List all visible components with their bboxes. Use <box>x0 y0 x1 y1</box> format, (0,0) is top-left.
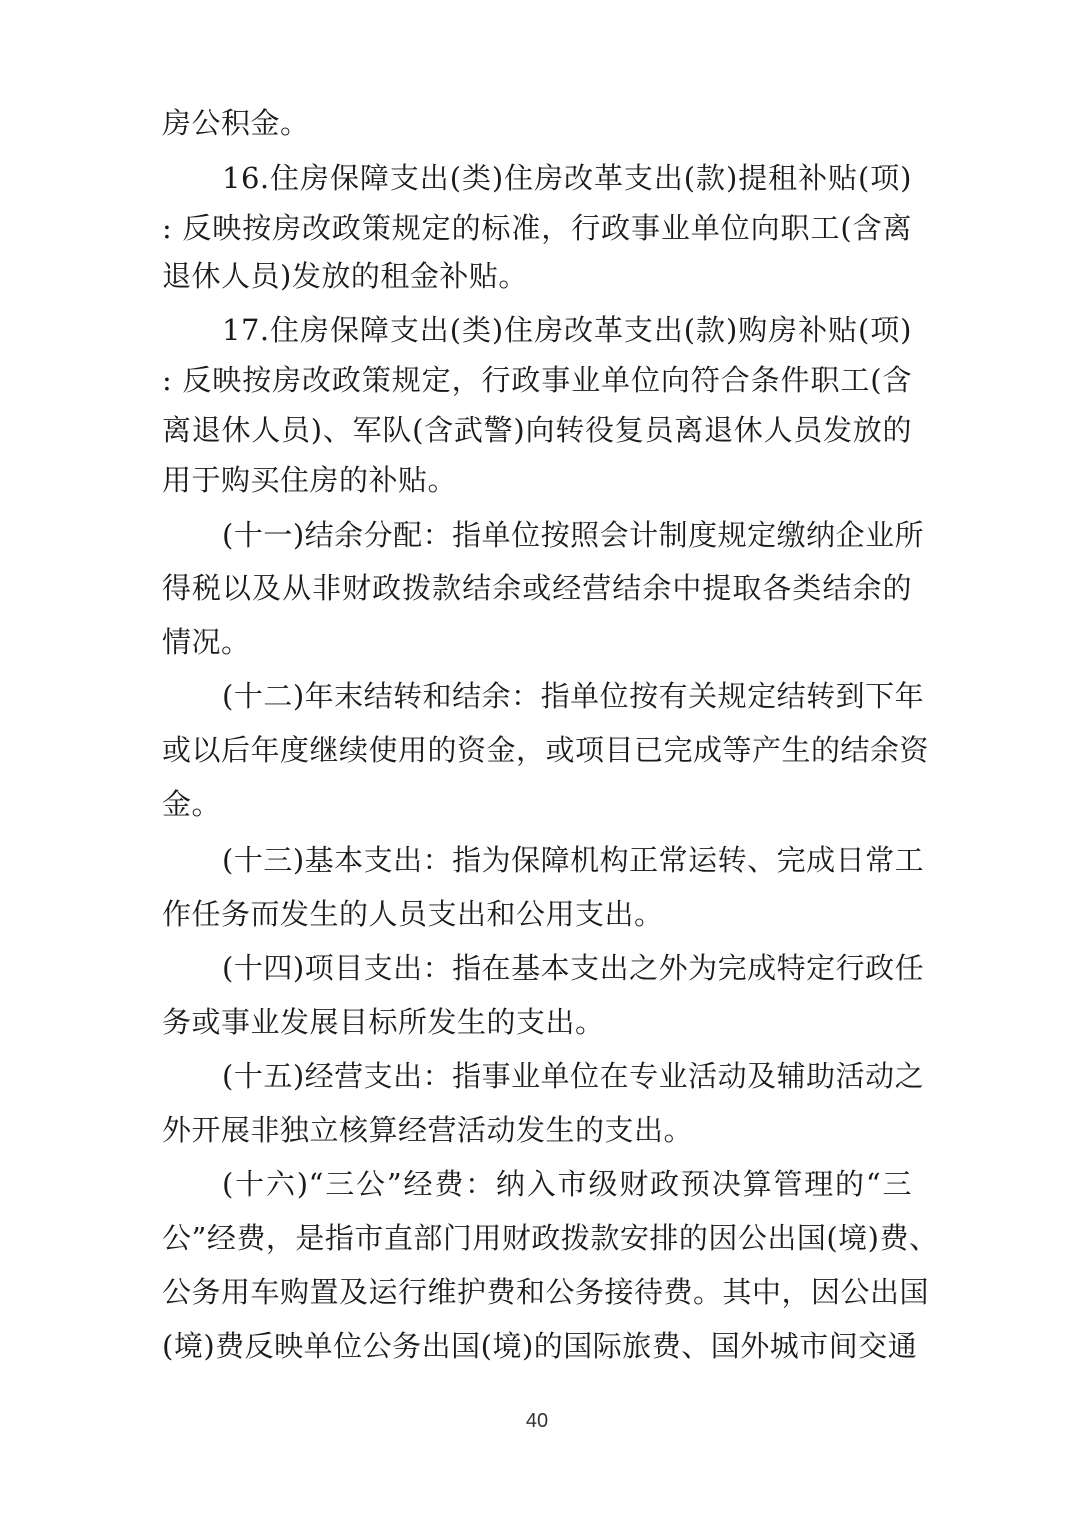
text-line: 得税以及从非财政拨款结余或经营结余中提取各类结余的 <box>162 568 912 608</box>
text-line: 用于购买住房的补贴。 <box>162 460 912 500</box>
text-line: (十二)年末结转和结余：指单位按有关规定结转到下年 <box>222 676 912 716</box>
text-line: 公务用车购置及运行维护费和公务接待费。其中，因公出国 <box>162 1272 912 1312</box>
text-line: 17.住房保障支出(类)住房改革支出(款)购房补贴(项) <box>222 310 912 350</box>
text-line: 公”经费，是指市直部门用财政拨款安排的因公出国(境)费、 <box>162 1218 912 1258</box>
text-line: 16.住房保障支出(类)住房改革支出(款)提租补贴(项) <box>222 158 912 198</box>
text-line: 情况。 <box>162 622 912 662</box>
text-line: 作任务而发生的人员支出和公用支出。 <box>162 894 912 934</box>
text-line: 金。 <box>162 784 912 824</box>
text-line: (十六)“三公”经费：纳入市级财政预决算管理的“三 <box>222 1164 912 1204</box>
text-line: 务或事业发展目标所发生的支出。 <box>162 1002 912 1042</box>
text-line: (境)费反映单位公务出国(境)的国际旅费、国外城市间交通 <box>162 1326 912 1366</box>
document-page: 房公积金。16.住房保障支出(类)住房改革支出(款)提租补贴(项): 反映按房改… <box>0 0 1074 1520</box>
page-number: 40 <box>0 1410 1074 1433</box>
text-line: 或以后年度继续使用的资金，或项目已完成等产生的结余资 <box>162 730 912 770</box>
text-line: : 反映按房改政策规定，行政事业单位向符合条件职工(含 <box>162 360 912 400</box>
text-line: 外开展非独立核算经营活动发生的支出。 <box>162 1110 912 1150</box>
text-line: 退休人员)发放的租金补贴。 <box>162 256 912 296</box>
text-line: (十五)经营支出：指事业单位在专业活动及辅助活动之 <box>222 1056 912 1096</box>
text-line: (十三)基本支出：指为保障机构正常运转、完成日常工 <box>222 840 912 880</box>
text-line: : 反映按房改政策规定的标准，行政事业单位向职工(含离 <box>162 208 912 248</box>
text-line: (十四)项目支出：指在基本支出之外为完成特定行政任 <box>222 948 912 988</box>
text-line: 离退休人员)、军队(含武警)向转役复员离退休人员发放的 <box>162 410 912 450</box>
text-line: 房公积金。 <box>162 103 912 143</box>
text-line: (十一)结余分配：指单位按照会计制度规定缴纳企业所 <box>222 515 912 555</box>
